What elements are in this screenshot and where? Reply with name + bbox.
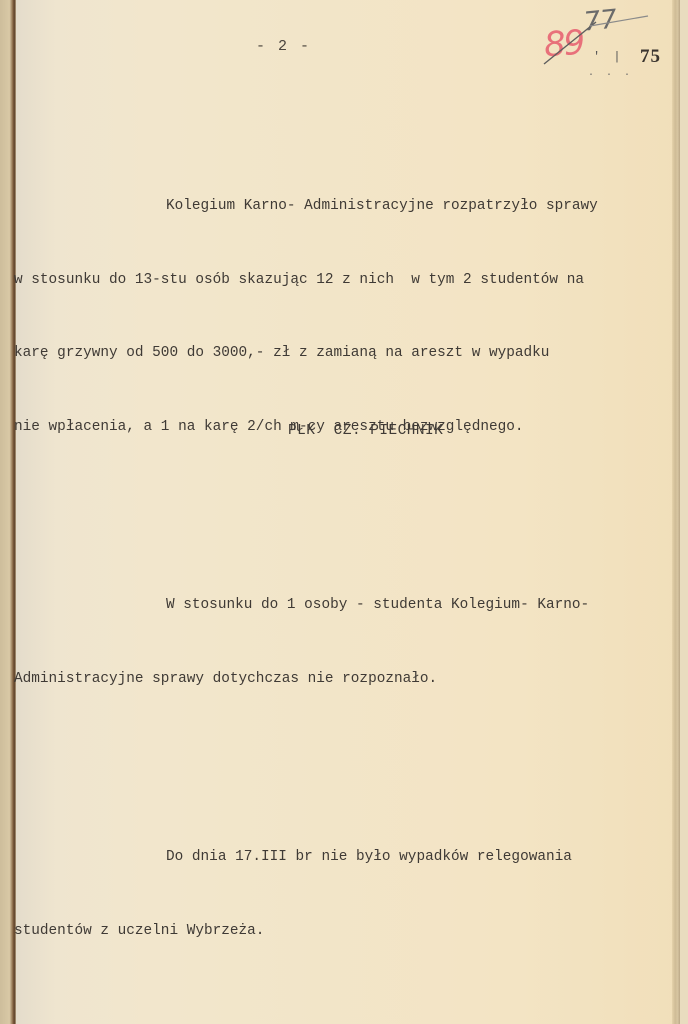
- paragraph-3: Do dnia 17.III br nie było wypadków rele…: [14, 796, 654, 992]
- folio-stamp-number: 75: [640, 46, 661, 68]
- text-line: karę grzywny od 500 do 3000,- zł z zamia…: [14, 341, 654, 366]
- text-line: w stosunku do 13-stu osób skazując 12 z …: [14, 268, 654, 293]
- paragraph-2: W stosunku do 1 osoby - studenta Kolegiu…: [14, 544, 654, 740]
- signature: PŁK CZ. PIECHNIK: [288, 423, 443, 439]
- document-body: Kolegium Karno- Administracyjne rozpatrz…: [14, 96, 654, 1020]
- text-line: studentów z uczelni Wybrzeża.: [14, 919, 654, 944]
- text-line: W stosunku do 1 osoby - studenta Kolegiu…: [14, 593, 654, 618]
- folio-dots: . . .: [588, 68, 633, 79]
- page-number: - 2 -: [256, 38, 311, 55]
- folio-pencil-number: 77: [583, 4, 619, 37]
- folio-red-number: 89: [543, 23, 585, 66]
- text-line: Do dnia 17.III br nie było wypadków rele…: [14, 845, 654, 870]
- folio-tick-marks: ' |: [593, 50, 624, 64]
- page-edge: [672, 0, 680, 1024]
- text-line: Kolegium Karno- Administracyjne rozpatrz…: [14, 194, 654, 219]
- text-line: Administracyjne sprawy dotychczas nie ro…: [14, 667, 654, 692]
